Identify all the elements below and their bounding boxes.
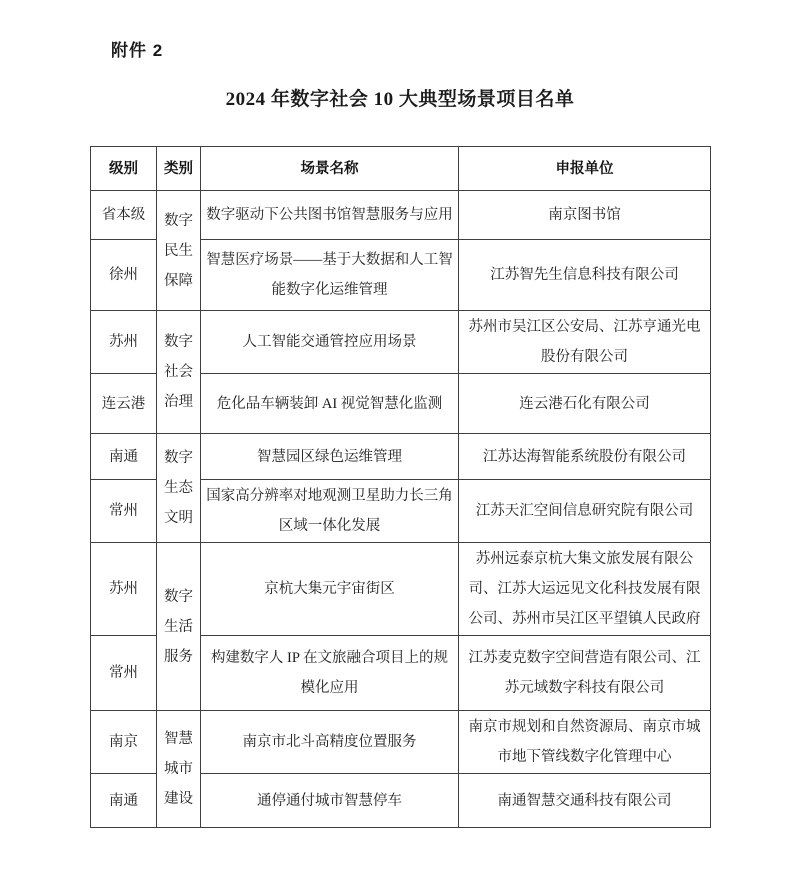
scene-cell: 智慧园区绿色运维管理 xyxy=(201,434,459,480)
level-cell: 苏州 xyxy=(91,311,157,374)
scene-cell: 数字驱动下公共图书馆智慧服务与应用 xyxy=(201,191,459,240)
level-cell: 南京 xyxy=(91,711,157,774)
unit-cell: 江苏麦克数字空间营造有限公司、江苏元域数字科技有限公司 xyxy=(459,636,711,711)
category-cell: 数字社会治理 xyxy=(157,311,201,434)
scene-cell: 人工智能交通管控应用场景 xyxy=(201,311,459,374)
level-cell: 苏州 xyxy=(91,543,157,636)
unit-cell: 苏州市吴江区公安局、江苏亨通光电股份有限公司 xyxy=(459,311,711,374)
unit-cell: 苏州远泰京杭大集文旅发展有限公司、江苏大运远见文化科技发展有限公司、苏州市吴江区… xyxy=(459,543,711,636)
category-cell: 数字生态文明 xyxy=(157,434,201,543)
table-row: 省本级 数字民生保障 数字驱动下公共图书馆智慧服务与应用 南京图书馆 xyxy=(91,191,711,240)
header-scene: 场景名称 xyxy=(201,147,459,191)
attachment-label: 附件 2 xyxy=(111,36,163,61)
scene-cell: 南京市北斗高精度位置服务 xyxy=(201,711,459,774)
table-header-row: 级别 类别 场景名称 申报单位 xyxy=(91,147,711,191)
unit-cell: 南京图书馆 xyxy=(459,191,711,240)
unit-cell: 江苏达海智能系统股份有限公司 xyxy=(459,434,711,480)
table-row: 苏州 数字生活服务 京杭大集元宇宙街区 苏州远泰京杭大集文旅发展有限公司、江苏大… xyxy=(91,543,711,636)
level-cell: 常州 xyxy=(91,480,157,543)
scene-cell: 通停通付城市智慧停车 xyxy=(201,774,459,828)
unit-cell: 江苏智先生信息科技有限公司 xyxy=(459,240,711,311)
category-label: 数字生态文明 xyxy=(162,443,195,533)
unit-cell: 连云港石化有限公司 xyxy=(459,374,711,434)
scene-cell: 智慧医疗场景——基于大数据和人工智能数字化运维管理 xyxy=(201,240,459,311)
category-label: 数字生活服务 xyxy=(162,582,195,672)
category-cell: 智慧城市建设 xyxy=(157,711,201,828)
level-cell: 南通 xyxy=(91,434,157,480)
page-title: 2024 年数字社会 10 大典型场景项目名单 xyxy=(0,84,800,111)
unit-cell: 南通智慧交通科技有限公司 xyxy=(459,774,711,828)
projects-table: 级别 类别 场景名称 申报单位 省本级 数字民生保障 数字驱动下公共图书馆智慧服… xyxy=(90,146,711,828)
level-cell: 南通 xyxy=(91,774,157,828)
level-cell: 徐州 xyxy=(91,240,157,311)
category-label: 数字民生保障 xyxy=(162,206,195,296)
category-cell: 数字生活服务 xyxy=(157,543,201,711)
level-cell: 省本级 xyxy=(91,191,157,240)
scene-cell: 国家高分辨率对地观测卫星助力长三角区域一体化发展 xyxy=(201,480,459,543)
header-category: 类别 xyxy=(157,147,201,191)
document-page: 附件 2 2024 年数字社会 10 大典型场景项目名单 级别 类别 场景名称 … xyxy=(0,0,800,871)
scene-cell: 危化品车辆装卸 AI 视觉智慧化监测 xyxy=(201,374,459,434)
header-unit: 申报单位 xyxy=(459,147,711,191)
scene-cell: 京杭大集元宇宙街区 xyxy=(201,543,459,636)
level-cell: 连云港 xyxy=(91,374,157,434)
category-cell: 数字民生保障 xyxy=(157,191,201,311)
category-label: 数字社会治理 xyxy=(162,327,195,417)
category-label: 智慧城市建设 xyxy=(162,724,195,814)
table-row: 南京 智慧城市建设 南京市北斗高精度位置服务 南京市规划和自然资源局、南京市城市… xyxy=(91,711,711,774)
unit-cell: 江苏天汇空间信息研究院有限公司 xyxy=(459,480,711,543)
header-level: 级别 xyxy=(91,147,157,191)
unit-cell: 南京市规划和自然资源局、南京市城市地下管线数字化管理中心 xyxy=(459,711,711,774)
level-cell: 常州 xyxy=(91,636,157,711)
table-row: 南通 数字生态文明 智慧园区绿色运维管理 江苏达海智能系统股份有限公司 xyxy=(91,434,711,480)
table-row: 苏州 数字社会治理 人工智能交通管控应用场景 苏州市吴江区公安局、江苏亨通光电股… xyxy=(91,311,711,374)
scene-cell: 构建数字人 IP 在文旅融合项目上的规模化应用 xyxy=(201,636,459,711)
